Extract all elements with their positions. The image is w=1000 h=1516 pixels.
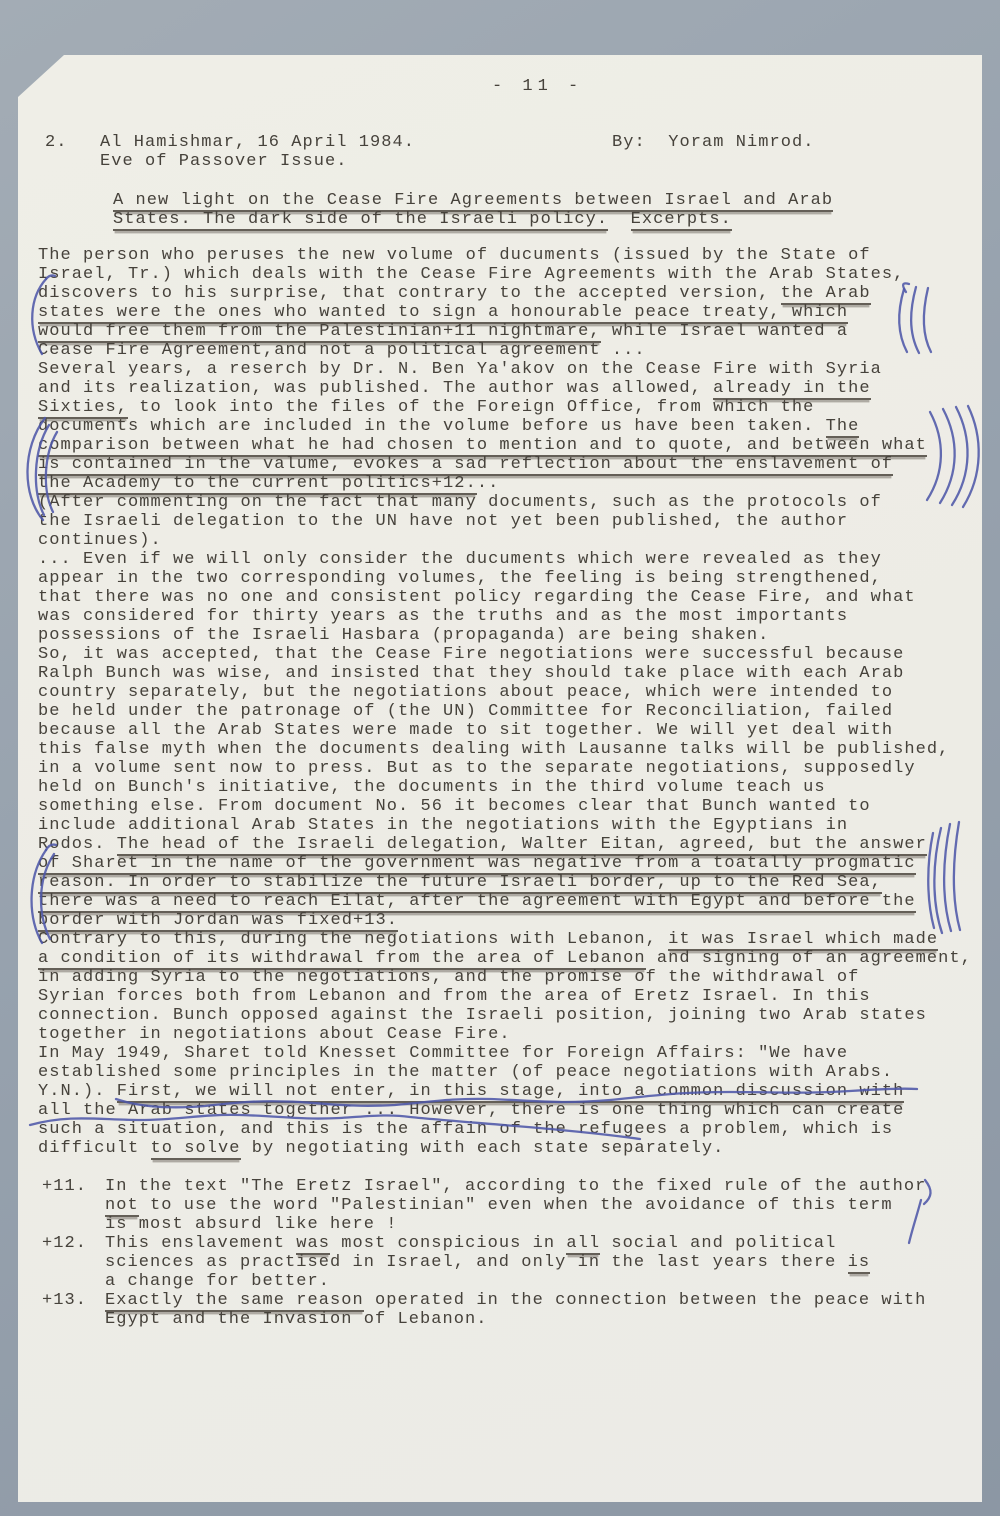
text-segment: ... However, there is one thing which ca… (353, 1101, 904, 1120)
text-segment: Cease Fire Agreement,and not a political… (38, 341, 646, 360)
text-line: of Sharet in the name of the government … (38, 854, 972, 873)
text-line: Several years, a reserch by Dr. N. Ben Y… (38, 360, 972, 379)
text-segment: most conspicious in (330, 1234, 566, 1253)
text-line: was considered for thirty years as the t… (38, 607, 972, 626)
text-line: The person who peruses the new volume of… (38, 246, 972, 265)
underlined-text: Exactly the same reason (105, 1291, 364, 1312)
text-line: continues). (38, 531, 972, 550)
text-segment: So, it was accepted, that the Cease Fire… (38, 645, 904, 664)
underlined-text: is (848, 1253, 871, 1274)
text-segment: Israel, Tr.) which deals with the Cease … (38, 265, 904, 284)
text-line: This enslavement was most conspicious in… (105, 1234, 870, 1253)
text-line: a change for better. (105, 1272, 870, 1291)
text-line: Syrian forces both from Lebanon and from… (38, 987, 972, 1006)
text-line: would free them from the Palestinian+11 … (38, 322, 972, 341)
text-line: there was a need to reach Eilat, after t… (38, 892, 972, 911)
page-number: - 11 - (492, 77, 583, 96)
footnote-marker: +11. (42, 1177, 105, 1196)
text-line: that there was no one and consistent pol… (38, 588, 972, 607)
text-segment: ... Even if we will only consider the du… (38, 550, 882, 569)
text-segment: appear in the two corresponding volumes,… (38, 569, 882, 588)
text-segment: documents which are included in the volu… (38, 417, 826, 436)
text-line: appear in the two corresponding volumes,… (38, 569, 972, 588)
underlined-text: to solve (151, 1139, 241, 1160)
text-line: is contained in the valume, evokes a sad… (38, 455, 972, 474)
text-line: because all the Arab States were made to… (38, 721, 972, 740)
text-line: the Academy to the current politics+12..… (38, 474, 972, 493)
underlined-text: of Sharet in the name of the government … (38, 854, 916, 875)
footnote-text: This enslavement was most conspicious in… (105, 1234, 870, 1291)
text-line: is most absurd like here ! (105, 1215, 926, 1234)
text-line: Exactly the same reason operated in the … (105, 1291, 926, 1310)
text-line: in a volume sent now to press. But as to… (38, 759, 972, 778)
underlined-text: not (105, 1196, 139, 1217)
footnote-text: Exactly the same reason operated in the … (105, 1291, 926, 1329)
text-segment (608, 210, 631, 229)
underlined-text: Excerpts. (631, 210, 732, 231)
text-line: discovers to his surprise, that contrary… (38, 284, 972, 303)
underlined-text: A new light on the Cease Fire Agreements… (113, 191, 833, 212)
text-segment: Syrian forces both from Lebanon and from… (38, 987, 871, 1006)
underlined-text: states were the ones who wanted to sign … (38, 303, 848, 324)
footnote: +13.Exactly the same reason operated in … (42, 1291, 926, 1329)
article-header: 2. Al Hamishmar, 16 April 1984. By: Yora… (18, 133, 982, 177)
text-line: Sixties, to look into the files of the F… (38, 398, 972, 417)
text-segment: Contrary to this, during the negotiation… (38, 930, 668, 949)
underlined-text: The head of the Israeli delegation, Walt… (117, 835, 927, 856)
text-segment: because all the Arab States were made to… (38, 721, 893, 740)
text-line: (After commenting on the fact that many … (38, 493, 972, 512)
text-line: In May 1949, Sharet told Knesset Committ… (38, 1044, 972, 1063)
text-segment: something else. From document No. 56 it … (38, 797, 871, 816)
text-line: this false myth when the documents deali… (38, 740, 972, 759)
text-segment: and signing of an agreement, (646, 949, 972, 968)
text-line: all the Arab states together ... However… (38, 1101, 972, 1120)
text-segment: held on Bunch's initiative, the document… (38, 778, 826, 797)
text-line: held on Bunch's initiative, the document… (38, 778, 972, 797)
underlined-text: the Arab (781, 284, 871, 305)
text-line: comparison between what he had chosen to… (38, 436, 972, 455)
text-line: include additional Arab States in the ne… (38, 816, 972, 835)
text-line: Ralph Bunch was wise, and insisted that … (38, 664, 972, 683)
underlined-text: already in the (713, 379, 871, 400)
text-segment: to use the word "Palestinian" even when … (139, 1196, 893, 1215)
underlined-text: there was a need to reach Eilat, after t… (38, 892, 916, 913)
underlined-text: Sixties, (38, 398, 128, 419)
text-line: documents which are included in the volu… (38, 417, 972, 436)
item-number: 2. (45, 133, 68, 152)
text-segment: in adding Syria to the negotiations, and… (38, 968, 859, 987)
underlined-text: States. The dark side of the Israeli pol… (113, 210, 608, 231)
text-segment: connection. Bunch opposed against the Is… (38, 1006, 927, 1025)
document-page: - 11 - 2. Al Hamishmar, 16 April 1984. B… (18, 55, 982, 1502)
text-segment: operated in the connection between the p… (364, 1291, 927, 1310)
text-line: states were the ones who wanted to sign … (38, 303, 972, 322)
text-segment: continues). (38, 531, 162, 550)
text-segment: This enslavement (105, 1234, 296, 1253)
text-segment: be held under the patronage of (the UN) … (38, 702, 893, 721)
text-segment: the Israeli delegation to the UN have no… (38, 512, 848, 531)
text-segment: established some principles in the matte… (38, 1063, 893, 1082)
footnotes: +11.In the text "The Eretz Israel", acco… (42, 1177, 926, 1329)
text-segment: a change for better. (105, 1272, 330, 1291)
text-line: So, it was accepted, that the Cease Fire… (38, 645, 972, 664)
text-line: possessions of the Israeli Hasbara (prop… (38, 626, 972, 645)
article-body: The person who peruses the new volume of… (38, 246, 972, 1158)
text-segment: is most absurd like here ! (105, 1215, 398, 1234)
text-line: A new light on the Cease Fire Agreements… (113, 191, 833, 210)
scan-canvas: - 11 - 2. Al Hamishmar, 16 April 1984. B… (0, 0, 1000, 1516)
underlined-text: First, we will not enter, in this stage,… (117, 1082, 905, 1103)
text-line: border with Jordan was fixed+13. (38, 911, 972, 930)
text-segment: by negotiating with each state separatel… (241, 1139, 725, 1158)
underlined-text: is contained in the valume, evokes a sad… (38, 455, 893, 476)
text-segment: .. (477, 474, 500, 493)
text-segment: that there was no one and consistent pol… (38, 588, 916, 607)
underlined-text: was (296, 1234, 330, 1255)
underlined-text: border with Jordan was fixed+13. (38, 911, 398, 932)
text-segment: The person who peruses the new volume of… (38, 246, 871, 265)
underlined-text: reason. In order to stabilize the future… (38, 873, 882, 894)
text-segment: (After commenting on the fact that many … (38, 493, 882, 512)
source-line: Al Hamishmar, 16 April 1984. (100, 133, 415, 152)
text-line: Y.N.). First, we will not enter, in this… (38, 1082, 972, 1101)
underlined-text: comparison between what he had chosen to… (38, 436, 927, 457)
text-line: Contrary to this, during the negotiation… (38, 930, 972, 949)
text-segment: this false myth when the documents deali… (38, 740, 949, 759)
article-title: A new light on the Cease Fire Agreements… (113, 191, 833, 229)
byline: By: Yoram Nimrod. (612, 133, 815, 152)
text-line: together in negotiations about Cease Fir… (38, 1025, 972, 1044)
text-segment: was considered for thirty years as the t… (38, 607, 848, 626)
text-line: be held under the patronage of (the UN) … (38, 702, 972, 721)
issue-line: Eve of Passover Issue. (100, 152, 348, 171)
text-line: Egypt and the Invasion of Lebanon. (105, 1310, 926, 1329)
footnote-marker: +12. (42, 1234, 105, 1253)
footnote: +11.In the text "The Eretz Israel", acco… (42, 1177, 926, 1234)
underlined-text: all (566, 1234, 600, 1255)
footnote: +12.This enslavement was most conspiciou… (42, 1234, 926, 1291)
text-line: Cease Fire Agreement,and not a political… (38, 341, 972, 360)
text-line: reason. In order to stabilize the future… (38, 873, 972, 892)
text-segment: country separately, but the negotiations… (38, 683, 893, 702)
text-line: country separately, but the negotiations… (38, 683, 972, 702)
text-segment: sciences as practised in Israel, and onl… (105, 1253, 848, 1272)
text-line: established some principles in the matte… (38, 1063, 972, 1082)
text-line: difficult to solve by negotiating with e… (38, 1139, 972, 1158)
text-segment: Several years, a reserch by Dr. N. Ben Y… (38, 360, 882, 379)
text-segment: discovers to his surprise, that contrary… (38, 284, 781, 303)
text-segment: include additional Arab States in the ne… (38, 816, 848, 835)
text-line: In the text "The Eretz Israel", accordin… (105, 1177, 926, 1196)
text-segment: such a situation, and this is the affain… (38, 1120, 893, 1139)
text-segment: Egypt and the Invasion of Lebanon. (105, 1310, 488, 1329)
text-segment: Ralph Bunch was wise, and insisted that … (38, 664, 904, 683)
text-segment: and its realization, was published. The … (38, 379, 713, 398)
footnote-marker: +13. (42, 1291, 105, 1310)
text-line: something else. From document No. 56 it … (38, 797, 972, 816)
text-line: such a situation, and this is the affain… (38, 1120, 972, 1139)
text-segment: In May 1949, Sharet told Knesset Committ… (38, 1044, 848, 1063)
text-line: ... Even if we will only consider the du… (38, 550, 972, 569)
underlined-text: the Academy to the current politics+12. (38, 474, 477, 495)
text-segment: In the text "The Eretz Israel", accordin… (105, 1177, 926, 1196)
footnote-text: In the text "The Eretz Israel", accordin… (105, 1177, 926, 1234)
text-segment: in a volume sent now to press. But as to… (38, 759, 916, 778)
text-line: and its realization, was published. The … (38, 379, 972, 398)
text-line: a condition of its withdrawal from the a… (38, 949, 972, 968)
text-segment: to look into the files of the Foreign Of… (128, 398, 814, 417)
text-segment: social and political (600, 1234, 836, 1253)
text-segment: difficult (38, 1139, 151, 1158)
text-line: States. The dark side of the Israeli pol… (113, 210, 833, 229)
text-segment: Rodos. (38, 835, 117, 854)
text-segment: all the Arab states together (38, 1101, 353, 1120)
text-segment: together in negotiations about Cease Fir… (38, 1025, 511, 1044)
text-segment: possessions of the Israeli Hasbara (prop… (38, 626, 769, 645)
underlined-text: it was Israel which made (668, 930, 938, 951)
text-line: Rodos. The head of the Israeli delegatio… (38, 835, 972, 854)
text-line: sciences as practised in Israel, and onl… (105, 1253, 870, 1272)
scanner-background: { "page": { "page_label": "- 11 -" }, "c… (0, 0, 1000, 1516)
text-line: Israel, Tr.) which deals with the Cease … (38, 265, 972, 284)
text-line: connection. Bunch opposed against the Is… (38, 1006, 972, 1025)
underlined-text: would free them from the Palestinian+11 … (38, 322, 601, 343)
text-line: not to use the word "Palestinian" even w… (105, 1196, 926, 1215)
underlined-text: The (826, 417, 860, 438)
underlined-text: a condition of its withdrawal from the a… (38, 949, 646, 970)
text-line: the Israeli delegation to the UN have no… (38, 512, 972, 531)
text-segment: while Israel wanted a (601, 322, 849, 341)
text-line: in adding Syria to the negotiations, and… (38, 968, 972, 987)
text-segment: Y.N.). (38, 1082, 117, 1101)
